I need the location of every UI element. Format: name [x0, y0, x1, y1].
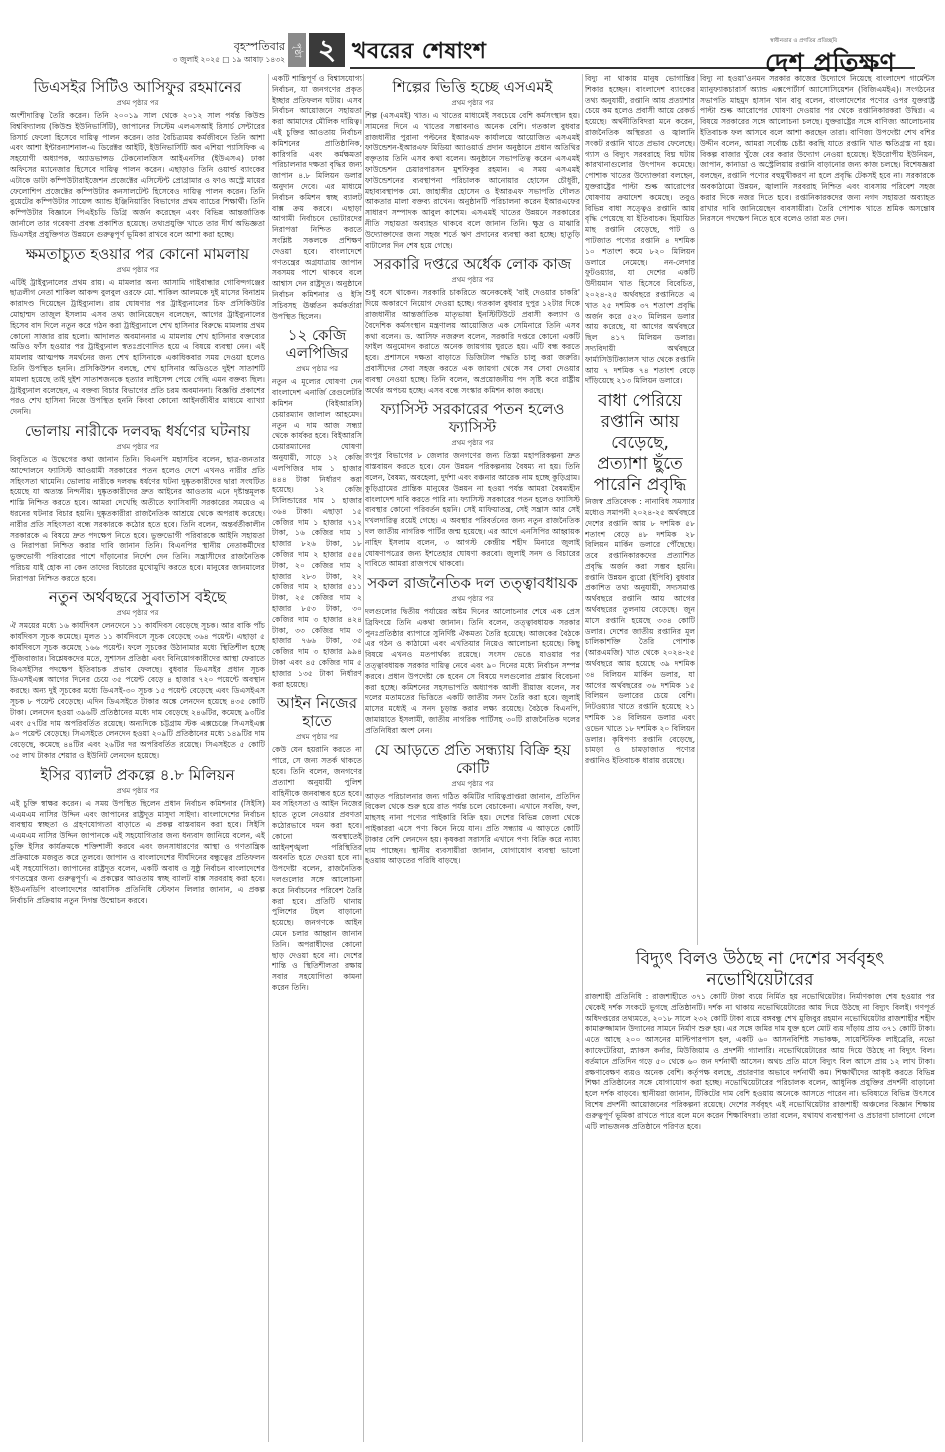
article-headline: ১২ কেজি এলপিজির [272, 326, 362, 362]
column-divider [268, 74, 269, 1442]
article-body: বিবৃতিতে এ উদ্বেগের কথা জানান তিনি। বিএন… [10, 455, 265, 585]
article-ec-continued: একটি শান্তিপূর্ণ ও বিশ্বাসযোগ্য নির্বাচন… [272, 74, 362, 322]
continued-label: প্রথম পৃষ্ঠার পর [10, 607, 265, 619]
continued-label: প্রথম পৃষ্ঠার পর [365, 97, 580, 109]
article-body: কেউ যেন হয়রানি করতে না পারে, সে জন্য সত… [272, 745, 362, 993]
article-lpg: ১২ কেজি এলপিজির প্রথম পৃষ্ঠার পর নতুন এ … [272, 326, 362, 690]
article-bhola: ভোলায় নারীকে দলবদ্ধ ধর্ষণের ঘটনায় প্রথ… [10, 422, 265, 585]
article-export-continued: বিদ্যু না হওয়া'ওনমন সরকার কাজের উদ্যোগে… [700, 74, 935, 225]
column-divider [363, 74, 364, 1442]
masthead: বৃহস্পতিবার ৩ জুলাই ২০২৫ □ ১৯ আষাঢ় ১৪৩২… [0, 0, 945, 66]
article-body: এই চুক্তি স্বাক্ষর করেন। এ সময় উপস্থিত … [10, 799, 265, 907]
article-continued: বিদ্যু না থাকায় মানুষ ভোগান্তির শিকার হ… [585, 74, 695, 387]
continued-label: প্রথম পৃষ্ঠার পর [365, 274, 580, 286]
article-body: রংপুর বিভাগের ৮ জেলার জনগণের জন্য তিস্তা… [365, 451, 580, 570]
article-headline: ক্ষমতাচ্যুত হওয়ার পর কোনো মামলায় [10, 245, 265, 263]
article-body: আড়ত পরিচালনার জন্য গঠিত কমিটির দায়িত্ব… [365, 792, 580, 868]
article-body: নতুন এ মূল্যের ঘোষণা দেন বাংলাদেশ এনার্জ… [272, 377, 362, 690]
article-fascist: ফ্যাসিস্ট সরকারের পতন হলেও ফ্যাসিস্ট প্র… [365, 400, 580, 570]
column-divider [582, 74, 583, 1442]
article-tribunal: ক্ষমতাচ্যুত হওয়ার পর কোনো মামলায় প্রথম… [10, 245, 265, 418]
article-wholesale-market: যে আড়তে প্রতি সন্ধ্যায় বিক্রি হয় কোটি… [365, 741, 580, 868]
continued-label: প্রথম পৃষ্ঠার পর [272, 363, 362, 375]
column-2: একটি শান্তিপূর্ণ ও বিশ্বাসযোগ্য নির্বাচন… [272, 74, 362, 1442]
article-headline: ফ্যাসিস্ট সরকারের পতন হলেও ফ্যাসিস্ট [365, 400, 580, 436]
issue-date: ৩ জুলাই ২০২৫ □ ১৯ আষাঢ় ১৪৩২ [30, 55, 285, 67]
section-title: খবরের শেষাংশ [352, 34, 486, 71]
article-headline: আইন নিজের হাতে [272, 694, 362, 730]
article-body: শিল্প (এসএমই) খাত। এ খাতের মাধ্যমেই সবচে… [365, 111, 580, 251]
page-number: ২ [309, 33, 345, 67]
article-headline: বিদ্যুৎ বিলও উঠছে না দেশের সর্ববৃহৎ নভোথ… [585, 949, 935, 991]
continued-label: প্রথম পৃষ্ঠার পর [365, 593, 580, 605]
article-headline: ডিএসইর সিটিও আসিফুর রহমানের [10, 78, 265, 96]
continued-label: প্রথম পৃষ্ঠার পর [272, 731, 362, 743]
article-body: এটিই ট্রাইব্যুনালের প্রথম রায়। এ মামলার… [10, 278, 265, 418]
article-headline: ভোলায় নারীকে দলবদ্ধ ধর্ষণের ঘটনায় [10, 422, 265, 440]
article-stock-market: নতুন অর্থবছরে সুবাতাস বইছে প্রথম পৃষ্ঠার… [10, 588, 265, 761]
article-body: বিদ্যু না থাকায় মানুষ ভোগান্তির শিকার হ… [585, 74, 695, 387]
article-law: আইন নিজের হাতে প্রথম পৃষ্ঠার পর কেউ যেন … [272, 694, 362, 993]
continued-label: প্রথম পৃষ্ঠার পর [365, 437, 580, 449]
article-body: ঐ সময়ের মধ্যে ১৬ কার্যদিবস লেনদেনে ১১ ক… [10, 621, 265, 761]
article-export: বাধা পেরিয়ে রপ্তানি আয় বেড়েছে, প্রত্য… [585, 391, 695, 767]
article-body: বিদ্যু না হওয়া'ওনমন সরকার কাজের উদ্যোগে… [700, 74, 935, 225]
article-body: শুধু বসে থাকেন। সরকারি চাকরিতে অনেককেই '… [365, 288, 580, 396]
article-novotheatre: বিদ্যুৎ বিলও উঠছে না দেশের সর্ববৃহৎ নভোথ… [585, 945, 935, 1442]
article-headline: সকল রাজনৈতিক দল তত্ত্বাবধায়ক [365, 574, 580, 592]
article-caretaker: সকল রাজনৈতিক দল তত্ত্বাবধায়ক প্রথম পৃষ্… [365, 574, 580, 737]
article-headline: সরকারি দপ্তরে অর্ধেক লোক কাজ [365, 255, 580, 273]
article-sme: শিল্পের ভিত্তি হচ্ছে এসএমই প্রথম পৃষ্ঠার… [365, 78, 580, 251]
continued-label: প্রথম পৃষ্ঠার পর [10, 97, 265, 109]
column-3: শিল্পের ভিত্তি হচ্ছে এসএমই প্রথম পৃষ্ঠার… [365, 74, 580, 1442]
article-headline: নতুন অর্থবছরে সুবাতাস বইছে [10, 588, 265, 606]
article-headline: যে আড়তে প্রতি সন্ধ্যায় বিক্রি হয় কোটি [365, 741, 580, 777]
article-dse-cto: ডিএসইর সিটিও আসিফুর রহমানের প্রথম পৃষ্ঠা… [10, 78, 265, 241]
article-body: দলগুলোর দ্বিতীয় পর্যায়ের অষ্টম দিনের আ… [365, 607, 580, 737]
article-body: অংশীদারিত্ব তৈরি করেন। তিনি ২০০১৯ সাল থে… [10, 111, 265, 241]
column-1: ডিএসইর সিটিও আসিফুর রহমানের প্রথম পৃষ্ঠা… [10, 74, 265, 1442]
article-body: একটি শান্তিপূর্ণ ও বিশ্বাসযোগ্য নির্বাচন… [272, 74, 362, 322]
continued-label: প্রথম পৃষ্ঠার পর [10, 264, 265, 276]
article-body: নিজস্ব প্রতিবেদক : নানাবিধ সমস্যার মধ্যে… [585, 497, 695, 767]
page-label: পৃষ্ঠা [288, 33, 306, 67]
continued-label: প্রথম পৃষ্ঠার পর [365, 778, 580, 790]
continued-label: প্রথম পৃষ্ঠার পর [10, 785, 265, 797]
article-ec-ballot: ইসির ব্যালট প্রকল্পে ৪.৮ মিলিয়ন প্রথম প… [10, 766, 265, 907]
article-headline: ইসির ব্যালট প্রকল্পে ৪.৮ মিলিয়ন [10, 766, 265, 784]
continued-label: প্রথম পৃষ্ঠার পর [10, 441, 265, 453]
article-govt-office: সরকারি দপ্তরে অর্ধেক লোক কাজ প্রথম পৃষ্ঠ… [365, 255, 580, 396]
article-body: রাজশাহী প্রতিনিধি : রাজশাহীতে ৩৭১ কোটি ট… [585, 992, 935, 1132]
article-headline: বাধা পেরিয়ে রপ্তানি আয় বেড়েছে, প্রত্য… [585, 391, 695, 496]
article-headline: শিল্পের ভিত্তি হচ্ছে এসএমই [365, 78, 580, 96]
